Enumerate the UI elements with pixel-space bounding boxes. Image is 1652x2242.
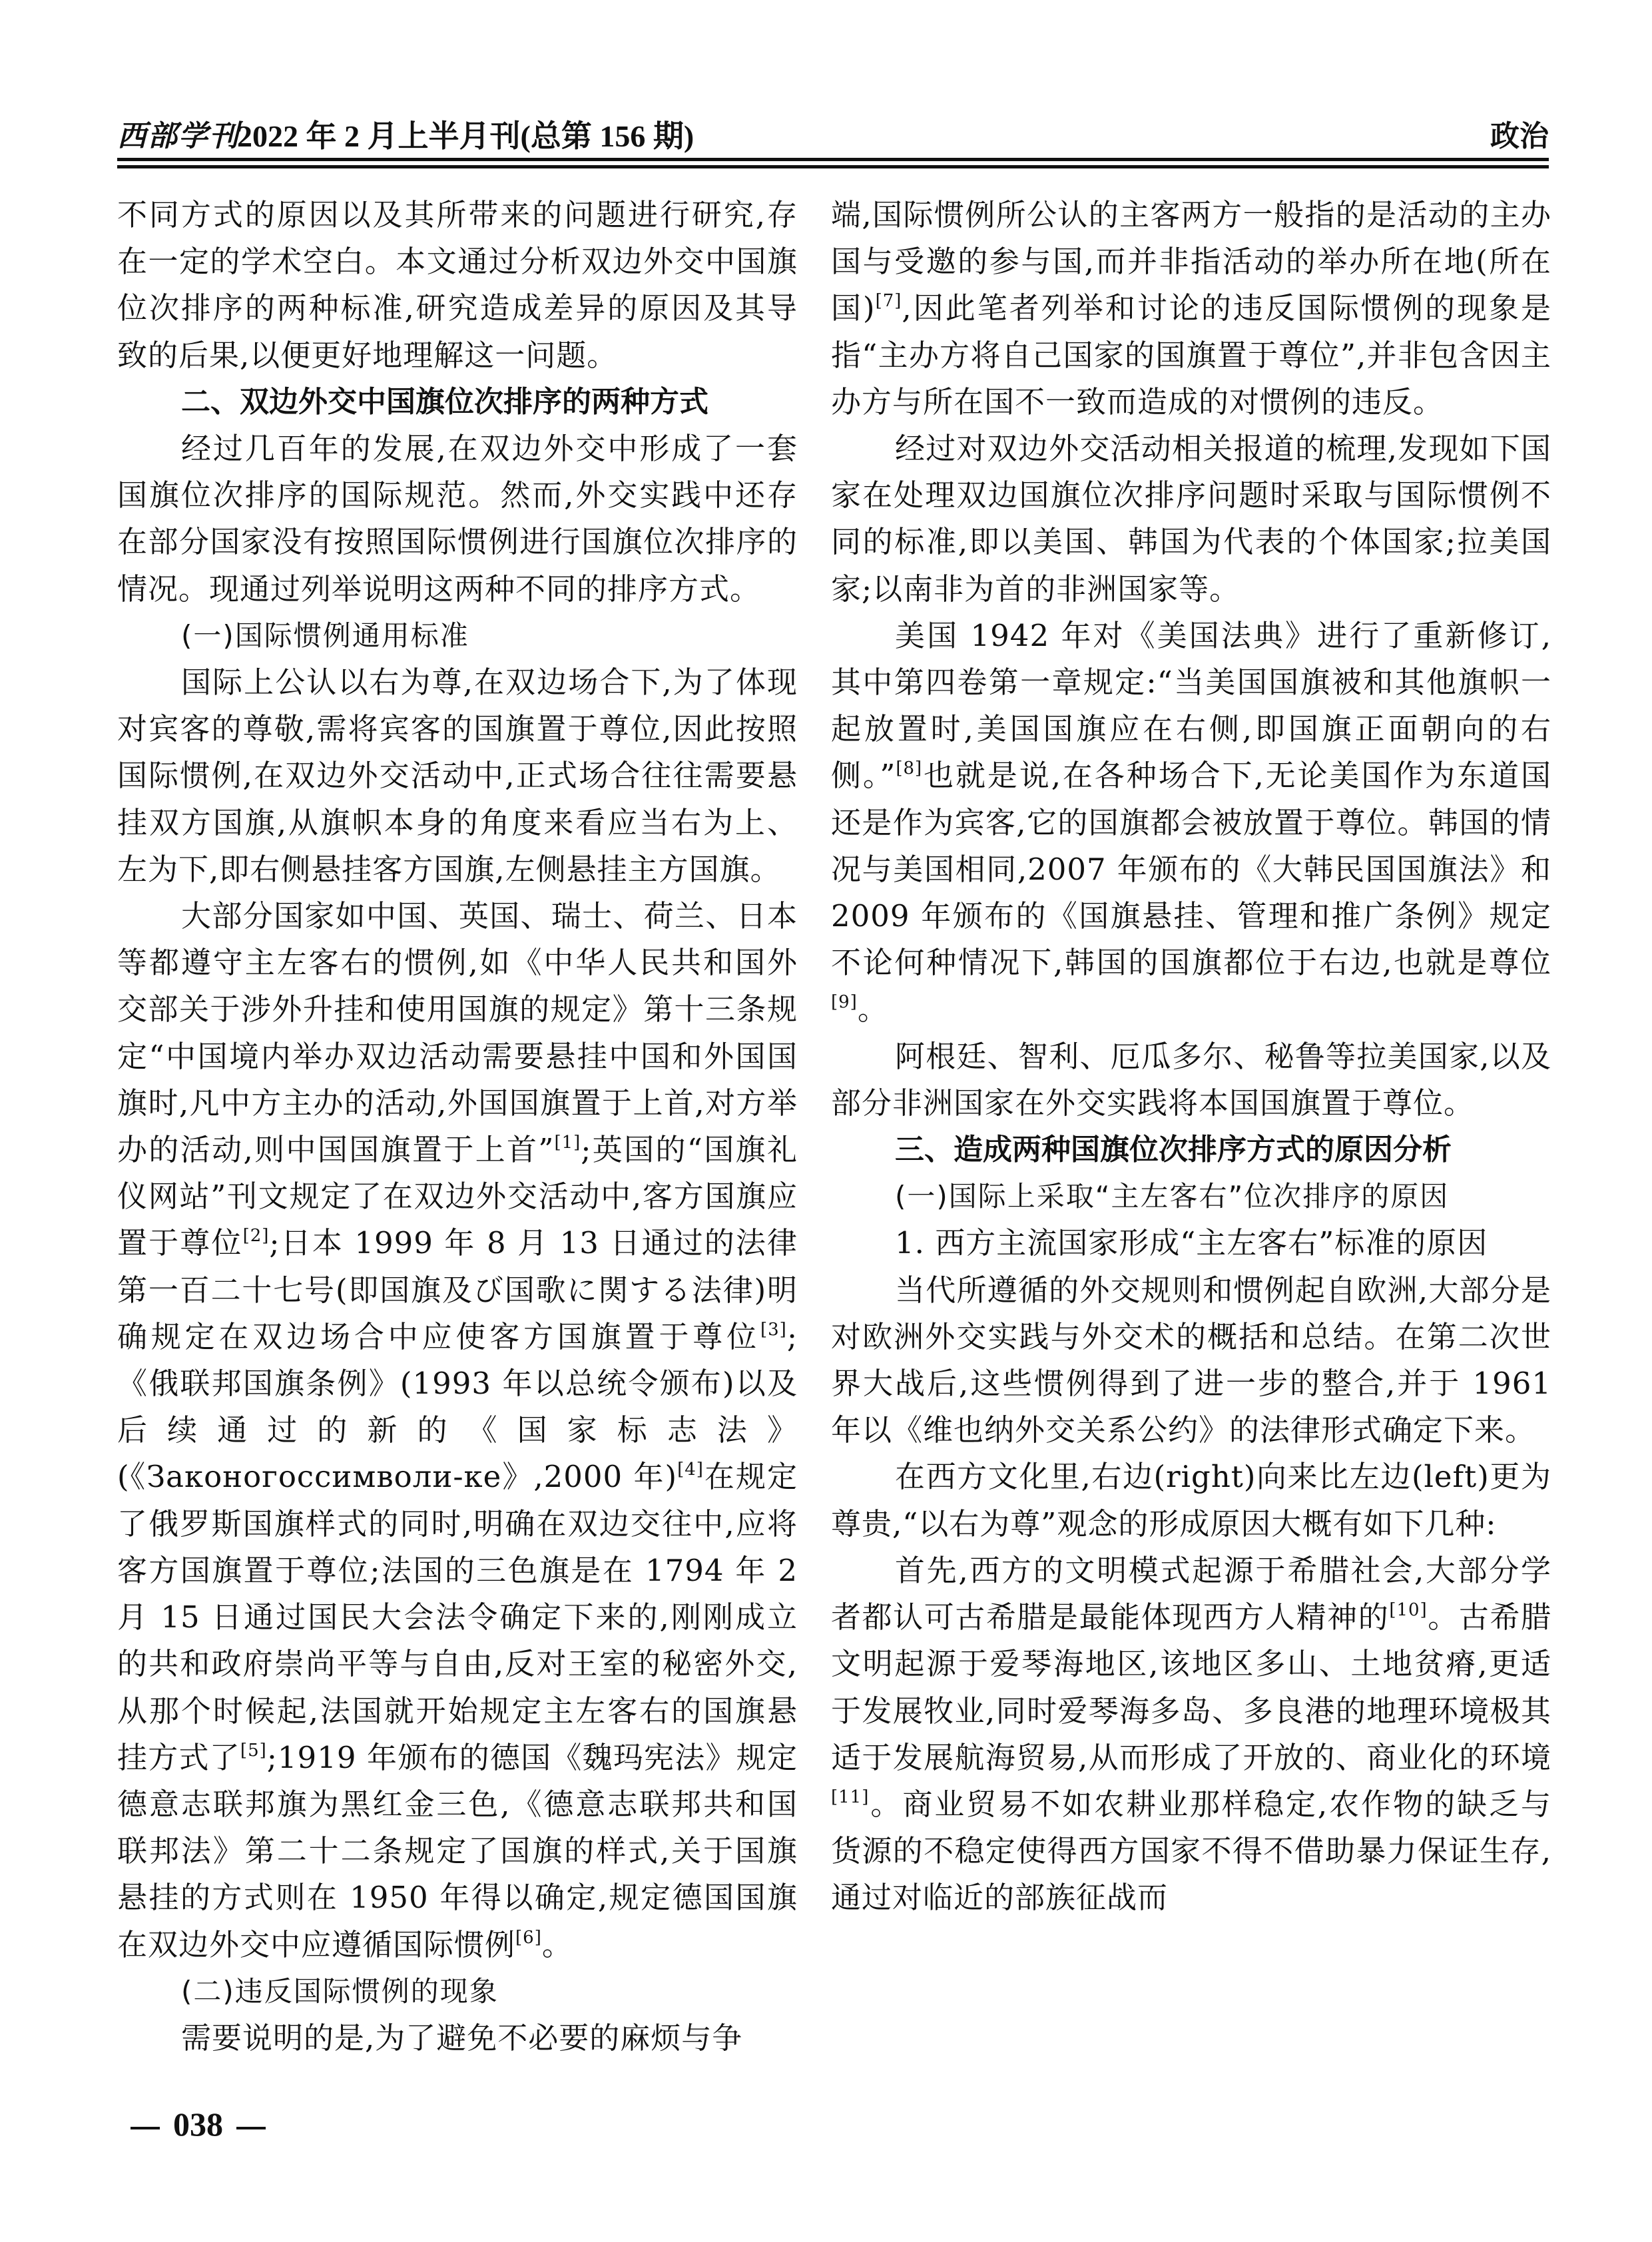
page-number: 038 xyxy=(173,2105,223,2143)
paragraph: 大部分国家如中国、英国、瑞士、荷兰、日本等都遵守主左客右的惯例,如《中华人民共和… xyxy=(117,893,798,1968)
citation-ref: [2] xyxy=(243,1226,270,1246)
citation-ref: [3] xyxy=(760,1320,787,1340)
footer-dash-left xyxy=(131,2127,160,2129)
paragraph: 1. 西方主流国家形成“主左客右”标准的原因 xyxy=(831,1220,1551,1266)
citation-ref: [7] xyxy=(876,291,902,311)
paragraph: 首先,西方的文明模式起源于希腊社会,大部分学者都认可古希腊是最能体现西方人精神的… xyxy=(831,1547,1551,1922)
section-heading: 三、造成两种国旗位次排序方式的原因分析 xyxy=(831,1127,1551,1173)
right-column: 端,国际惯例所公认的主客两方一般指的是活动的主办国与受邀的参与国,而并非指活动的… xyxy=(831,192,1551,1922)
footer-dash-right xyxy=(236,2127,266,2129)
subsection-heading: (一)国际惯例通用标准 xyxy=(117,613,798,659)
citation-ref: [9] xyxy=(831,992,858,1012)
paragraph: 端,国际惯例所公认的主客两方一般指的是活动的主办国与受邀的参与国,而并非指活动的… xyxy=(831,192,1551,425)
running-header: 西部学刊 2022 年 2 月上半月刊(总第 156 期) 政治 xyxy=(117,113,1549,160)
subsection-heading: (一)国际上采取“主左客右”位次排序的原因 xyxy=(831,1173,1551,1220)
section-label: 政治 xyxy=(1490,113,1549,160)
issue-info: 2022 年 2 月上半月刊(总第 156 期) xyxy=(237,113,694,160)
paragraph: 经过几百年的发展,在双边外交中形成了一套国旗位次排序的国际规范。然而,外交实践中… xyxy=(117,425,798,613)
citation-ref: [4] xyxy=(677,1460,704,1480)
citation-ref: [10] xyxy=(1389,1600,1427,1620)
subsection-heading: (二)违反国际惯例的现象 xyxy=(117,1968,798,2015)
paragraph: 当代所遵循的外交规则和惯例起自欧洲,大部分是对欧洲外交实践与外交术的概括和总结。… xyxy=(831,1267,1551,1454)
header-rule-bottom xyxy=(117,165,1549,168)
citation-ref: [6] xyxy=(515,1928,542,1948)
paragraph: 不同方式的原因以及其所带来的问题进行研究,存在一定的学术空白。本文通过分析双边外… xyxy=(117,192,798,379)
paragraph: 国际上公认以右为尊,在双边场合下,为了体现对宾客的尊敬,需将宾客的国旗置于尊位,… xyxy=(117,659,798,893)
paragraph: 经过对双边外交活动相关报道的梳理,发现如下国家在处理双边国旗位次排序问题时采取与… xyxy=(831,425,1551,613)
paragraph: 美国 1942 年对《美国法典》进行了重新修订,其中第四卷第一章规定:“当美国国… xyxy=(831,613,1551,1033)
citation-ref: [5] xyxy=(240,1741,267,1761)
paragraph: 阿根廷、智利、厄瓜多尔、秘鲁等拉美国家,以及部分非洲国家在外交实践将本国国旗置于… xyxy=(831,1033,1551,1127)
citation-ref: [1] xyxy=(554,1133,581,1153)
citation-ref: [8] xyxy=(896,758,922,778)
left-column: 不同方式的原因以及其所带来的问题进行研究,存在一定的学术空白。本文通过分析双边外… xyxy=(117,192,798,2062)
paragraph: 需要说明的是,为了避免不必要的麻烦与争 xyxy=(117,2015,798,2062)
citation-ref: [11] xyxy=(831,1787,869,1807)
page-footer: 038 xyxy=(117,2101,279,2147)
section-heading: 二、双边外交中国旗位次排序的两种方式 xyxy=(117,379,798,425)
header-rule-top xyxy=(117,158,1549,161)
journal-logo: 西部学刊 xyxy=(117,113,240,160)
paragraph: 在西方文化里,右边(right)向来比左边(left)更为尊贵,“以右为尊”观念… xyxy=(831,1454,1551,1547)
